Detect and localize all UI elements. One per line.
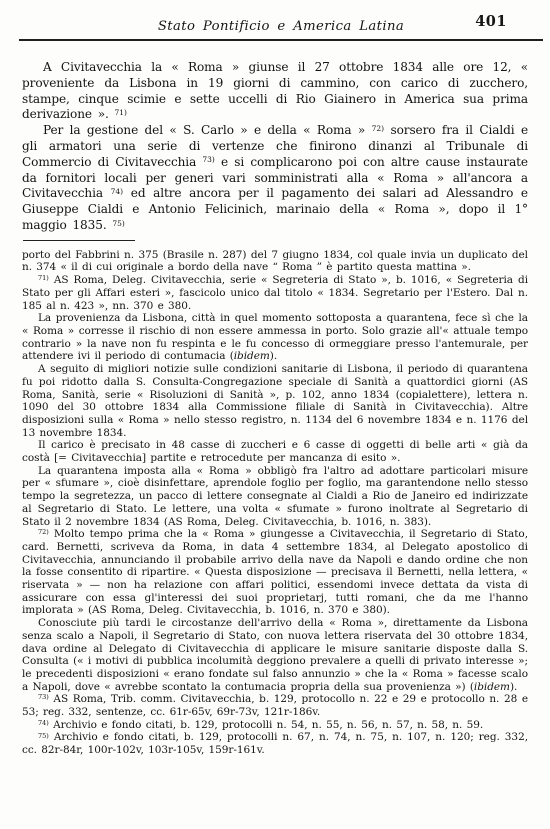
footnote-paragraph: A seguito di migliori notizie sulle cond… <box>22 363 528 439</box>
footnote-paragraph: porto del Fabbrini n. 375 (Brasile n. 28… <box>22 249 528 274</box>
page-number: 401 <box>475 13 507 30</box>
body-paragraph: A Civitavecchia la « Roma » giunse il 27… <box>22 60 528 123</box>
footnote-paragraph: 75) Archivio e fondo citati, b. 129, pro… <box>22 731 528 756</box>
footnote-marker: 72) <box>38 528 49 536</box>
footnote-marker: 74) <box>38 719 49 727</box>
footnote-marker: 73) <box>202 155 214 164</box>
footnote-marker: 75) <box>112 219 124 228</box>
footnote-paragraph: 73) AS Roma, Trib. comm. Civitavecchia, … <box>22 693 528 718</box>
footnote-marker: 71) <box>115 108 127 117</box>
footnote-paragraph: La provenienza da Lisbona, città in quel… <box>22 312 528 363</box>
header-title: Stato Pontificio e America Latina <box>158 19 404 34</box>
footnote-paragraph: 72) Molto tempo prima che la « Roma » gi… <box>22 528 528 617</box>
footnotes: porto del Fabbrini n. 375 (Brasile n. 28… <box>22 249 528 757</box>
footnote-paragraph: La quarantena imposta alla « Roma » obbl… <box>22 465 528 529</box>
footnote-marker: 75) <box>38 732 49 740</box>
footnote-paragraph: Il carico è precisato in 48 casse di zuc… <box>22 439 528 464</box>
running-header: Stato Pontificio e America Latina 401 <box>19 10 543 41</box>
book-page: Stato Pontificio e America Latina 401 A … <box>0 0 550 829</box>
footnote-marker: 73) <box>38 693 49 701</box>
italic-term: ibidem <box>234 350 270 362</box>
italic-term: ibidem <box>474 681 510 693</box>
footnote-paragraph: 71) AS Roma, Deleg. Civitavecchia, serie… <box>22 274 528 312</box>
footnote-separator <box>23 240 135 241</box>
main-text: A Civitavecchia la « Roma » giunse il 27… <box>22 60 528 234</box>
footnote-marker: 71) <box>38 274 49 282</box>
body-paragraph: Per la gestione del « S. Carlo » e della… <box>22 123 528 234</box>
footnote-marker: 74) <box>111 187 123 196</box>
footnote-marker: 72) <box>372 124 384 133</box>
footnote-paragraph: 74) Archivio e fondo citati, b. 129, pro… <box>22 719 528 732</box>
footnote-paragraph: Conosciute più tardi le circostanze dell… <box>22 617 528 693</box>
